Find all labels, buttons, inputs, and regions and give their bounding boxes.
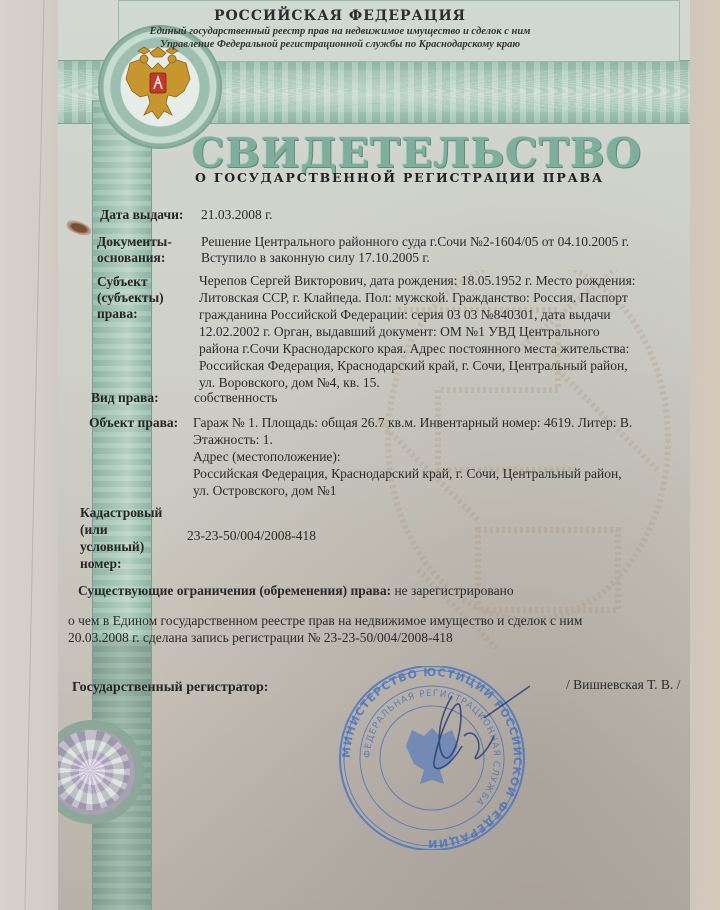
object-value-3: Адрес (местоположение): (193, 449, 341, 466)
object-value-4: Российская Федерация, Краснодарский край… (193, 466, 622, 483)
table-surface (690, 0, 720, 910)
subject-label-2: (субъекты) (97, 290, 164, 306)
adjacent-page-edge (0, 0, 62, 910)
object-value-2: Этажность: 1. (193, 432, 273, 449)
subject-value-5: района г.Сочи Краснодарского края. Адрес… (199, 341, 629, 358)
basis-documents-label-1: Документы- (97, 234, 172, 250)
encumbrances-label: Существующие ограничения (обременения) п… (78, 583, 391, 598)
basis-documents-value-2: Вступило в законную силу 17.10.2005 г. (201, 250, 430, 267)
subject-value-1: Черепов Сергей Викторович, дата рождения… (199, 273, 636, 290)
certificate-subtitle: О ГОСУДАРСТВЕННОЙ РЕГИСТРАЦИИ ПРАВА (195, 170, 604, 185)
right-type-value: собственность (194, 390, 277, 407)
encumbrances-value: не зарегистрировано (394, 583, 513, 598)
registry-record-line-1: о чем в Едином государственном реестре п… (68, 613, 582, 630)
cadastral-label-4: номер: (80, 556, 121, 572)
country-heading: РОССИЙСКАЯ ФЕДЕРАЦИЯ (60, 8, 620, 24)
cadastral-label-3: условный) (80, 539, 144, 555)
subject-label-1: Субъект (97, 274, 148, 290)
registrar-label: Государственный регистратор: (72, 680, 268, 696)
object-label: Объект права: (89, 415, 178, 431)
registrar-name: / Вишневская Т. В. / (566, 677, 680, 694)
cadastral-label-1: Кадастровый (80, 505, 162, 521)
basis-documents-value-1: Решение Центрального районного суда г.Со… (201, 234, 629, 251)
right-type-label: Вид права: (91, 390, 159, 406)
subject-value-6: Российская Федерация, Краснодарский край… (199, 358, 628, 375)
cadastral-number: 23-23-50/004/2008-418 (187, 528, 316, 545)
registry-line: Единый государственный реестр прав на не… (60, 26, 620, 37)
issue-date-value: 21.03.2008 г. (201, 207, 273, 224)
object-value-5: ул. Островского, дом №1 (193, 483, 336, 500)
issue-date-label: Дата выдачи: (100, 207, 183, 223)
registry-record-line-2: 20.03.2008 г. сделана запись регистрации… (68, 630, 453, 647)
encumbrances-row: Существующие ограничения (обременения) п… (78, 583, 514, 599)
agency-line: Управление Федеральной регистрационной с… (60, 39, 620, 50)
subject-label-3: права: (97, 306, 138, 322)
subject-value-2: Литовская ССР, г. Клайпеда. Пол: мужской… (199, 290, 628, 307)
subject-value-4: 12.02.2002 г. Орган, выдавший документ: … (199, 324, 600, 341)
cadastral-label-2: (или (80, 522, 108, 538)
subject-value-3: гражданина Российской Федерации: серия 0… (199, 307, 611, 324)
basis-documents-label-2: основания: (97, 250, 165, 266)
official-stamp: МИНИСТЕРСТВО ЮСТИЦИИ РОССИЙСКОЙ ФЕДЕРАЦИ… (334, 666, 530, 850)
object-value-1: Гараж № 1. Площадь: общая 26.7 кв.м. Инв… (193, 415, 632, 432)
double-headed-eagle-icon (122, 45, 194, 125)
